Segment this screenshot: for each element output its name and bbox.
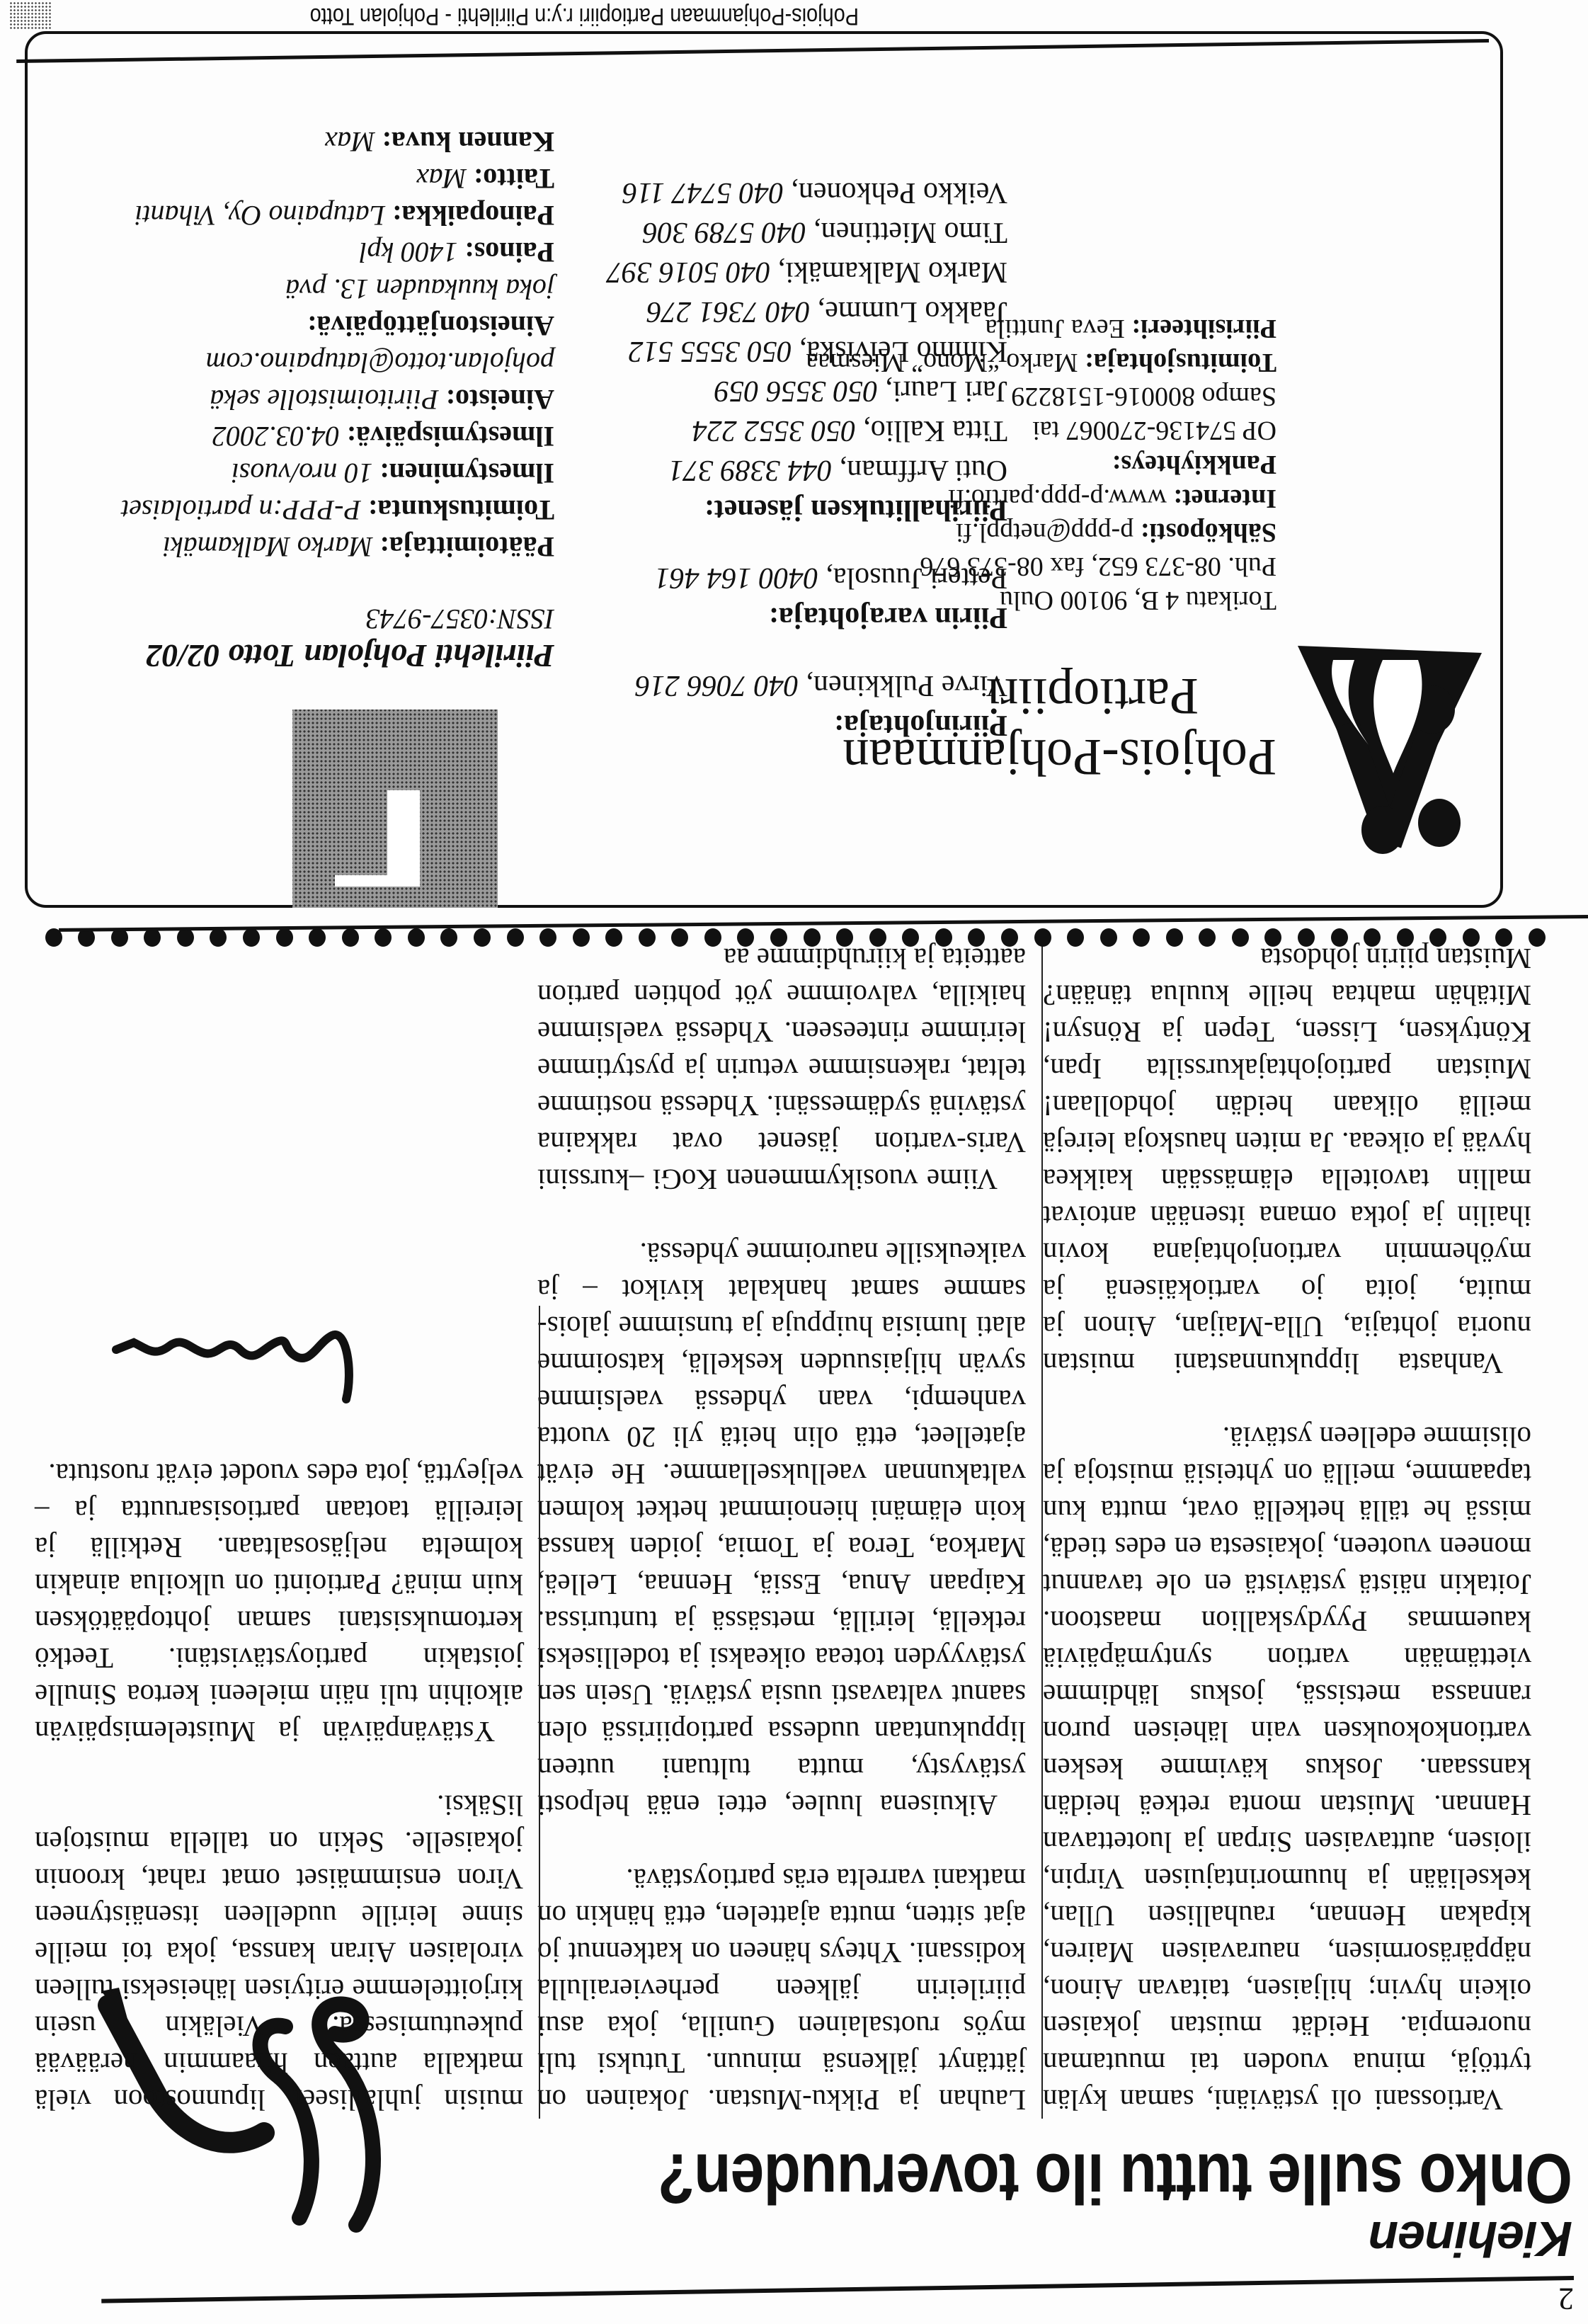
article-column-2: Lauhan ja Pikku-Mustan. Jokainen on jätt… xyxy=(537,940,1043,2119)
issue-title: Piirilehti Pohjolan Totto 02/02 xyxy=(45,637,554,674)
paragraph: Vanhasta lippukunnastani muistan nuoria … xyxy=(1043,940,1531,1382)
printer-line: Painopaikka: Latupaino Oy, Vihanti xyxy=(45,197,554,234)
top-rule xyxy=(101,2276,1574,2303)
board-member: Outi Arffman, 044 3389 371 xyxy=(607,450,1007,490)
board-member: Timo Miettinen, 040 5789 306 xyxy=(607,212,1007,252)
board-member: Veikko Pehkonen, 040 5747 116 xyxy=(607,173,1007,212)
issn: ISSN:0357-9743 xyxy=(45,600,554,637)
deputy-line: Petteri Juusola, 0400 164 461 xyxy=(607,558,1007,598)
date-line: Ilmestymispäivä: 04.03.2002 xyxy=(45,418,554,455)
leader-label: Piirinjohtaja: xyxy=(607,705,1007,745)
signature-icon xyxy=(105,1314,360,1413)
paragraph: Ystävänpäivän ja Muistelemispäivän aikoi… xyxy=(35,1456,523,1750)
board-member: Kimmo Leiviskä, 050 3555 512 xyxy=(607,331,1007,371)
page-number: 2 xyxy=(1558,2281,1574,2317)
newspaper-page: 2 Kiehinen Onko sulle tuttu ilo toveruud… xyxy=(0,0,1588,2324)
deadline-label: Aineistonjättöpäivä: xyxy=(45,307,554,344)
board-member: Marko Malkamäki, 040 5016 397 xyxy=(607,252,1007,292)
paragraph: Aikuisena luulee, ettei enää helposti ys… xyxy=(537,1235,1026,1824)
article-column-1: Vartiossani oli ystäviäni, saman kylän t… xyxy=(1043,940,1531,2119)
paragraph: Vartiossani oli ystäviäni, saman kylän t… xyxy=(1043,1419,1531,2119)
article-kicker: Kiehinen xyxy=(1369,2211,1572,2267)
print-run-line: Painos: 1400 kpl xyxy=(45,234,554,270)
running-footer: Pohjois-Pohjanmaan Partiopiiri r.y:n Pii… xyxy=(310,2,859,30)
scan-corner-mark xyxy=(9,1,52,30)
deadline: joka kuukauden 13. pvä xyxy=(45,270,554,307)
material-line: Aineisto: Piiritoimistolle sekä xyxy=(45,381,554,418)
board-member: Jari Lauri, 050 3556 059 xyxy=(607,371,1007,411)
scout-lily-logo-icon xyxy=(1291,639,1489,887)
cover-line: Kannen kuva: Max xyxy=(45,123,554,160)
material-email[interactable]: pohjolan.totto@latupaino.com xyxy=(45,344,554,381)
masthead-t-box: T xyxy=(292,710,498,908)
board-member: Titta Kallio, 050 3552 224 xyxy=(607,411,1007,450)
editor-line: Päätoimittaja: Marko Malkamäki xyxy=(45,528,554,565)
paragraph: Lauhan ja Pikku-Mustan. Jokainen on jätt… xyxy=(537,1861,1026,2119)
paragraph: Viime vuosikymmenen KoGi –kurssini Varis… xyxy=(537,940,1026,1198)
article-headline: Onko sulle tuttu ilo toveruuden? xyxy=(658,2137,1572,2218)
staff-line: Toimituskunta: P-PPP:n partiolaiset xyxy=(45,491,554,528)
layout-line: Taitto: Max xyxy=(45,160,554,197)
t-letter-icon xyxy=(321,773,420,887)
board-member: Jaakko Lumme, 040 7361 276 xyxy=(607,292,1007,331)
deputy-label: Piirin varajohtaja: xyxy=(607,598,1007,637)
article-column-3: muisin juhlalliseen lipunnostoon vielä m… xyxy=(35,1306,540,2119)
leader-line: Virve Pulkkinen, 040 7066 216 xyxy=(607,666,1007,705)
colophon: Piirilehti Pohjolan Totto 02/02 ISSN:035… xyxy=(45,123,554,674)
paragraph: muisin juhlalliseen lipunnostoon vielä m… xyxy=(35,1787,523,2119)
district-leadership: Piirinjohtaja: Virve Pulkkinen, 040 7066… xyxy=(607,173,1007,745)
board-label: Piirihallituksen jäsenet: xyxy=(607,490,1007,530)
frequency-line: Ilmestyminen: 10 nro/vuosi xyxy=(45,455,554,491)
